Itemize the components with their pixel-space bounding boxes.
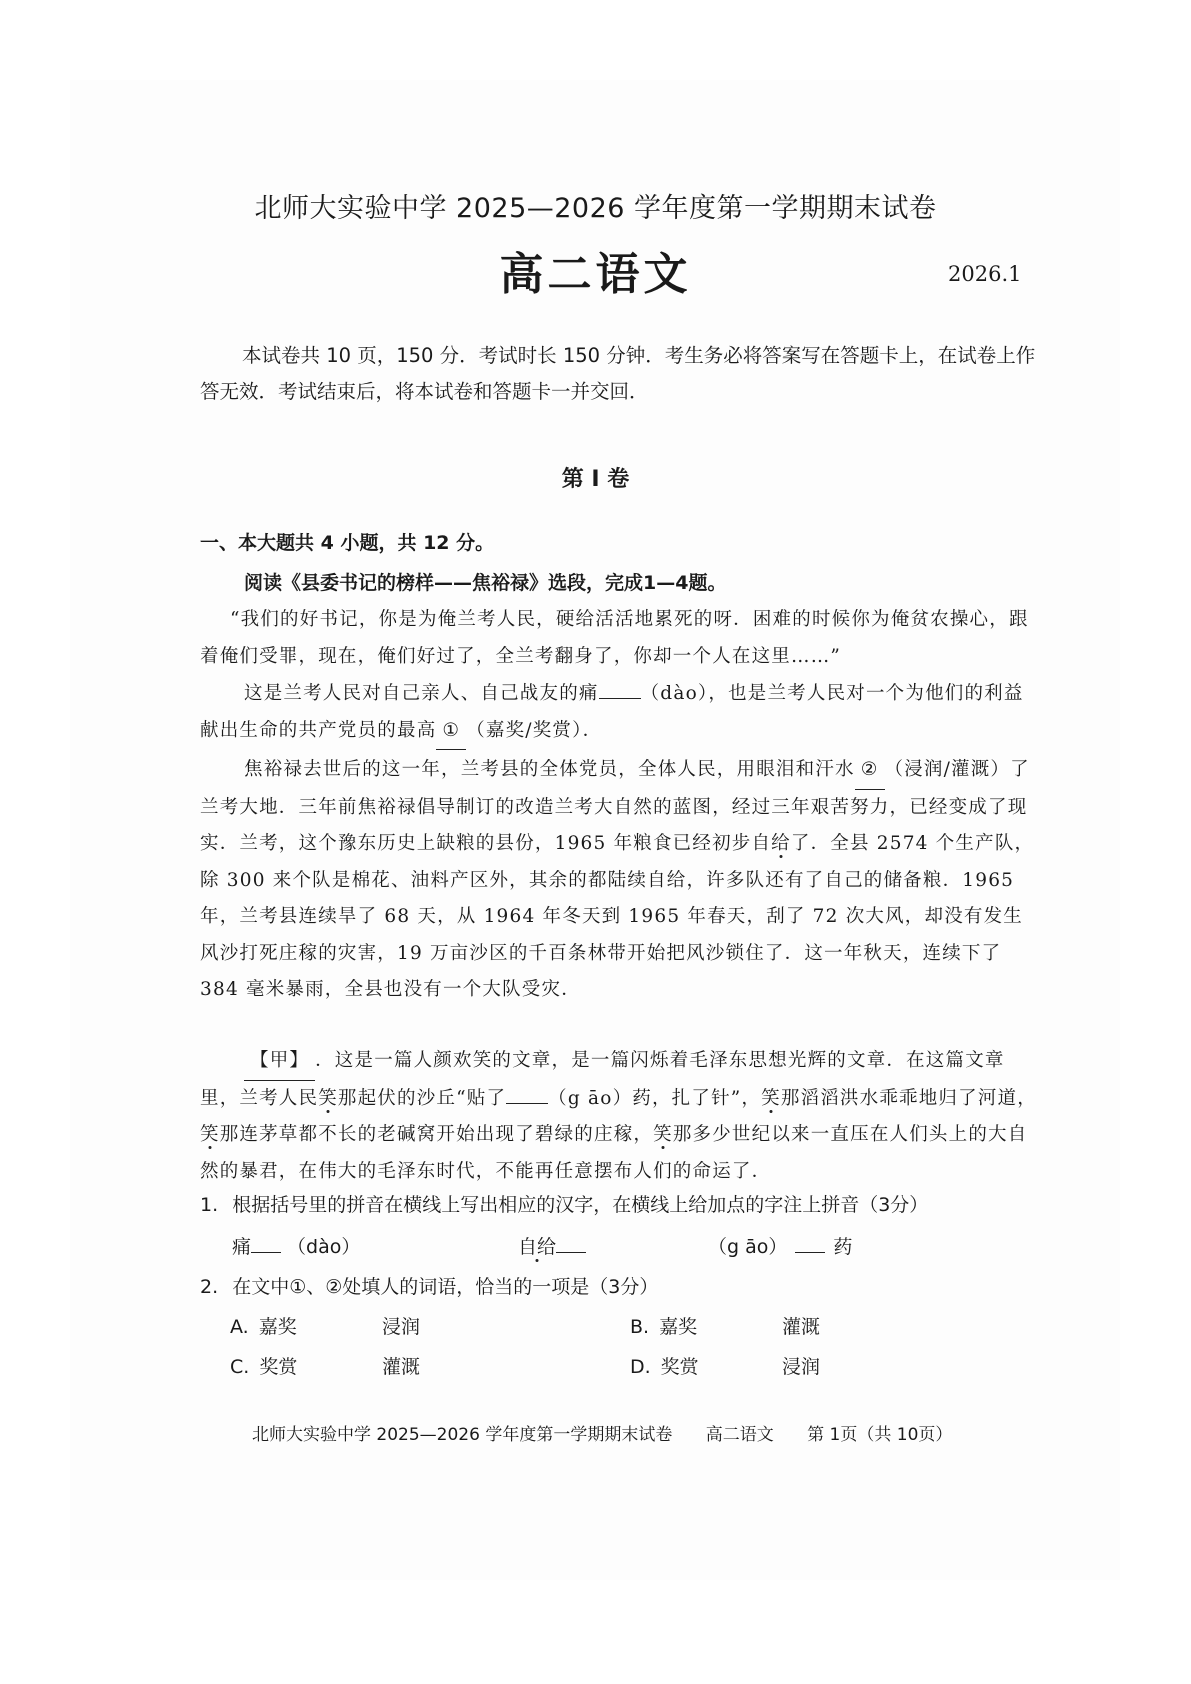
blank-marker-1: ① xyxy=(436,713,466,751)
question-number: 2. xyxy=(200,1276,218,1298)
page-footer: 北师大实验中学 2025—2026 学年度第一学期期末试卷 高二语文 第 1页（… xyxy=(252,1420,980,1445)
passage-text: 焦裕禄去世后的这一年，兰考县的全体党员，全体人民，用眼泪和汗水 xyxy=(244,759,855,780)
passage-text: 这是兰考人民对自己亲人、自己战友的痛 xyxy=(244,683,599,704)
option-b[interactable]: B.嘉奖 xyxy=(630,1312,697,1339)
pinyin-hint: （dào） xyxy=(641,683,709,704)
dotted-character: 笑 xyxy=(761,1088,781,1109)
option-letter: D. xyxy=(630,1356,651,1378)
option-b-word-2: 灌溉 xyxy=(782,1312,820,1339)
passage-text: （嘉奖/奖赏）． xyxy=(466,720,602,741)
option-word-1: 嘉奖 xyxy=(259,1316,297,1338)
exam-instructions: 本试卷共 10 页，150 分．考试时长 150 分钟．考生务必将答案写在答题卡… xyxy=(200,338,1040,410)
item-suffix: 药 xyxy=(833,1236,852,1258)
option-letter: A. xyxy=(230,1316,249,1338)
fill-blank xyxy=(506,1103,548,1104)
option-d[interactable]: D.奖赏 xyxy=(630,1352,699,1379)
passage-text: 那连茅草都不长的老碱窝开始出现了碧绿的庄稼， xyxy=(220,1124,653,1145)
passage-paragraph-1: “我们的好书记，你是为俺兰考人民，硬给活活地累死的呀．困难的时候你为俺贫农操心，… xyxy=(200,602,1040,675)
dotted-character: 给 xyxy=(771,833,791,854)
item-suffix: （dào） xyxy=(287,1236,360,1258)
option-a-word-2: 浸润 xyxy=(382,1312,420,1339)
question-text: 根据括号里的拼音在横线上写出相应的汉字，在横线上给加点的字注上拼音（3分） xyxy=(232,1194,928,1216)
passage-text: 药，扎了针”， xyxy=(632,1088,761,1109)
answer-blank[interactable] xyxy=(556,1252,586,1253)
passage-paragraph-2: 这是兰考人民对自己亲人、自己战友的痛（dào），也是兰考人民对一个为他们的利益献… xyxy=(200,676,1040,750)
footer-subject: 高二语文 xyxy=(706,1425,774,1445)
option-a[interactable]: A.嘉奖 xyxy=(230,1312,297,1339)
option-d-word-2: 浸润 xyxy=(782,1352,820,1379)
q1-item-1: 痛（dào） xyxy=(232,1232,360,1259)
option-c-word-2: 灌溉 xyxy=(382,1352,420,1379)
footer-exam-title: 北师大实验中学 2025—2026 学年度第一学期期末试卷 xyxy=(252,1425,672,1445)
passage-text: 那滔滔洪水乖乖地归了河道， xyxy=(781,1088,1037,1109)
passage-paragraph-3: 焦裕禄去世后的这一年，兰考县的全体党员，全体人民，用眼泪和汗水②（浸润/灌溉）了… xyxy=(200,752,1040,1009)
exam-title: 北师大实验中学 2025—2026 学年度第一学期期末试卷 xyxy=(0,186,1191,225)
fill-blank xyxy=(599,698,641,699)
section-instruction: 阅读《县委书记的榜样——焦裕禄》选段，完成1—4题。 xyxy=(244,568,726,595)
dotted-character: 笑 xyxy=(318,1088,338,1109)
question-2: 2. 在文中①、②处填人的词语，恰当的一项是（3分） xyxy=(200,1272,658,1299)
footer-page-number: 第 1页（共 10页） xyxy=(807,1425,952,1445)
option-word-1: 嘉奖 xyxy=(659,1316,697,1338)
option-c[interactable]: C.奖赏 xyxy=(230,1352,297,1379)
blank-marker-jia: 【甲】 xyxy=(244,1043,315,1081)
passage-paragraph-4: 【甲】．这是一篇人颜欢笑的文章，是一篇闪烁着毛泽东思想光辉的文章．在这篇文章里，… xyxy=(200,1043,1040,1190)
section-heading: 一、本大题共 4 小题，共 12 分。 xyxy=(200,528,494,555)
dotted-character: 笑 xyxy=(653,1124,673,1145)
exam-date: 2026.1 xyxy=(948,262,1021,286)
item-prefix: 自给 xyxy=(518,1236,556,1258)
option-letter: C. xyxy=(230,1356,249,1378)
item-prefix: （g āo） xyxy=(708,1236,787,1258)
q1-item-2: 自给 xyxy=(518,1232,586,1259)
question-text: 在文中①、②处填人的词语，恰当的一项是（3分） xyxy=(232,1276,658,1298)
item-prefix: 痛 xyxy=(232,1236,251,1258)
option-word-1: 奖赏 xyxy=(259,1356,297,1378)
passage-text: 了．全县 2574 个生产队，除 300 来个队是棉花、油料产区外，其余的都陆续… xyxy=(200,833,1034,1000)
option-word-1: 奖赏 xyxy=(661,1356,699,1378)
q1-item-3: （g āo）药 xyxy=(708,1232,852,1259)
pinyin-hint: （g āo） xyxy=(548,1088,632,1109)
part-label: 第 I 卷 xyxy=(0,462,1191,493)
dotted-character: 笑 xyxy=(200,1124,220,1145)
passage-text: 那起伏的沙丘“贴了 xyxy=(338,1088,506,1109)
blank-marker-2: ② xyxy=(855,752,885,790)
option-letter: B. xyxy=(630,1316,649,1338)
answer-blank[interactable] xyxy=(795,1252,825,1253)
question-1: 1. 根据括号里的拼音在横线上写出相应的汉字，在横线上给加点的字注上拼音（3分） xyxy=(200,1190,928,1217)
question-number: 1. xyxy=(200,1194,218,1216)
answer-blank[interactable] xyxy=(251,1252,281,1253)
